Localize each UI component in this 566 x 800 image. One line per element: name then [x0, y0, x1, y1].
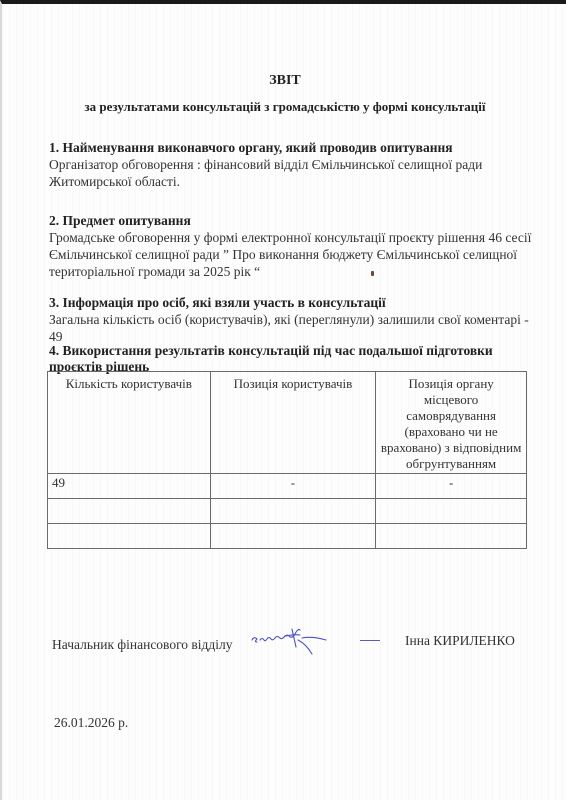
signature-line	[360, 640, 380, 641]
signatory-name: Інна КИРИЛЕНКО	[405, 632, 515, 649]
section-4-heading-line-1: 4. Використання результатів консультацій…	[49, 343, 493, 359]
header-3-line: самоврядування	[380, 408, 522, 424]
consultation-results-table: Кількість користувачів Позиція користува…	[47, 371, 527, 549]
header-user-count: Кількість користувачів	[48, 372, 211, 474]
header-authority-position: Позиція органу місцевого самоврядування …	[376, 372, 527, 474]
header-3-line: Позиція органу	[380, 376, 522, 392]
header-3-line: (враховано чи не	[380, 424, 522, 440]
cell-user-position	[210, 524, 376, 549]
header-3-line: враховано) з відповідним	[380, 440, 522, 456]
section-3-heading: 3. Інформація про осіб, які взяли участь…	[49, 295, 386, 311]
signatory-position: Начальник фінансового відділу	[52, 636, 233, 653]
cell-user-position	[210, 499, 376, 524]
scan-speck	[371, 271, 374, 276]
table-header-row: Кількість користувачів Позиція користува…	[48, 372, 527, 474]
section-2-line-1: Громадське обговорення у формі електронн…	[49, 229, 531, 246]
header-3-line: обгрунтуванням	[380, 456, 522, 472]
header-3-line: місцевого	[380, 392, 522, 408]
section-3-line-1: Загальна кількість осіб (користувачів), …	[49, 311, 529, 328]
section-2-line-3: територіальної громади за 2025 рік “	[49, 263, 260, 280]
section-1-line-1: Організатор обговорення : фінансовий від…	[49, 156, 482, 173]
cell-authority-position: -	[376, 474, 527, 499]
section-1-line-2: Житомирської області.	[49, 173, 180, 190]
document-page: ЗВІТ за результатами консультацій з гром…	[0, 0, 566, 800]
document-subtitle: за результатами консультацій з громадськ…	[2, 99, 566, 115]
cell-user-position: -	[210, 474, 376, 499]
section-2-line-2: Ємільчинської селищної ради ” Про викона…	[49, 246, 517, 263]
cell-authority-position	[376, 499, 527, 524]
section-2-heading: 2. Предмет опитування	[49, 213, 191, 229]
table-row	[48, 499, 527, 524]
cell-user-count	[48, 524, 211, 549]
header-user-position: Позиція користувачів	[210, 372, 376, 474]
document-title: ЗВІТ	[2, 73, 566, 89]
section-1-heading: 1. Найменування виконавчого органу, який…	[49, 140, 453, 156]
cell-authority-position	[376, 524, 527, 549]
table-row	[48, 524, 527, 549]
handwritten-signature-icon	[248, 626, 378, 662]
document-date: 26.01.2026 р.	[54, 714, 128, 731]
table-row: 49 - -	[48, 474, 527, 499]
cell-user-count	[48, 499, 211, 524]
cell-user-count: 49	[48, 474, 211, 499]
